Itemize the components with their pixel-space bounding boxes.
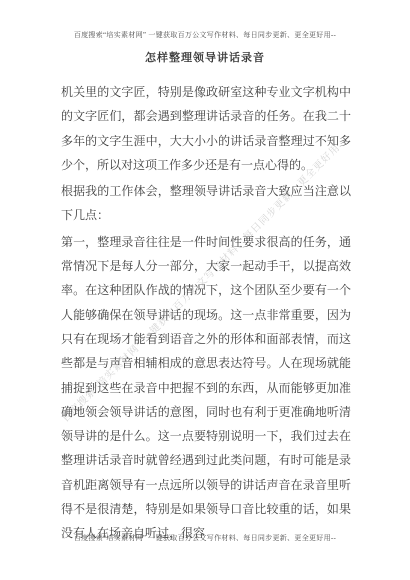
document-page: 百度搜索“培实素材网” 一键获取百万公文写作材料、每日同步更新、更全更好用 百度… — [0, 0, 410, 580]
paragraph-1: 机关里的文字匠，特别是像政研室这种专业文字机构中的文字匠们，都会遇到整理讲话录音… — [61, 80, 351, 177]
page-header-promo: 百度搜索“培实素材网” 一键获取百万公文写作材料、每日同步更新、更全更好用-- — [0, 30, 410, 40]
page-footer-promo: 百度搜索“培实素材网” 一键获取百万公文写作材料、每日同步更新、更全更好用-- — [0, 533, 410, 543]
paragraph-2: 根据我的工作体会，整理领导讲话录音大致应当注意以下几点： — [61, 179, 351, 228]
document-body: 机关里的文字匠，特别是像政研室这种专业文字机构中的文字匠们，都会遇到整理讲话录音… — [61, 80, 351, 548]
document-title: 怎样整理领导讲话录音 — [0, 49, 410, 65]
paragraph-3: 第一，整理录音往往是一件时间性要求很高的任务，通常情况下是每人分一部分，大家一起… — [61, 230, 351, 546]
